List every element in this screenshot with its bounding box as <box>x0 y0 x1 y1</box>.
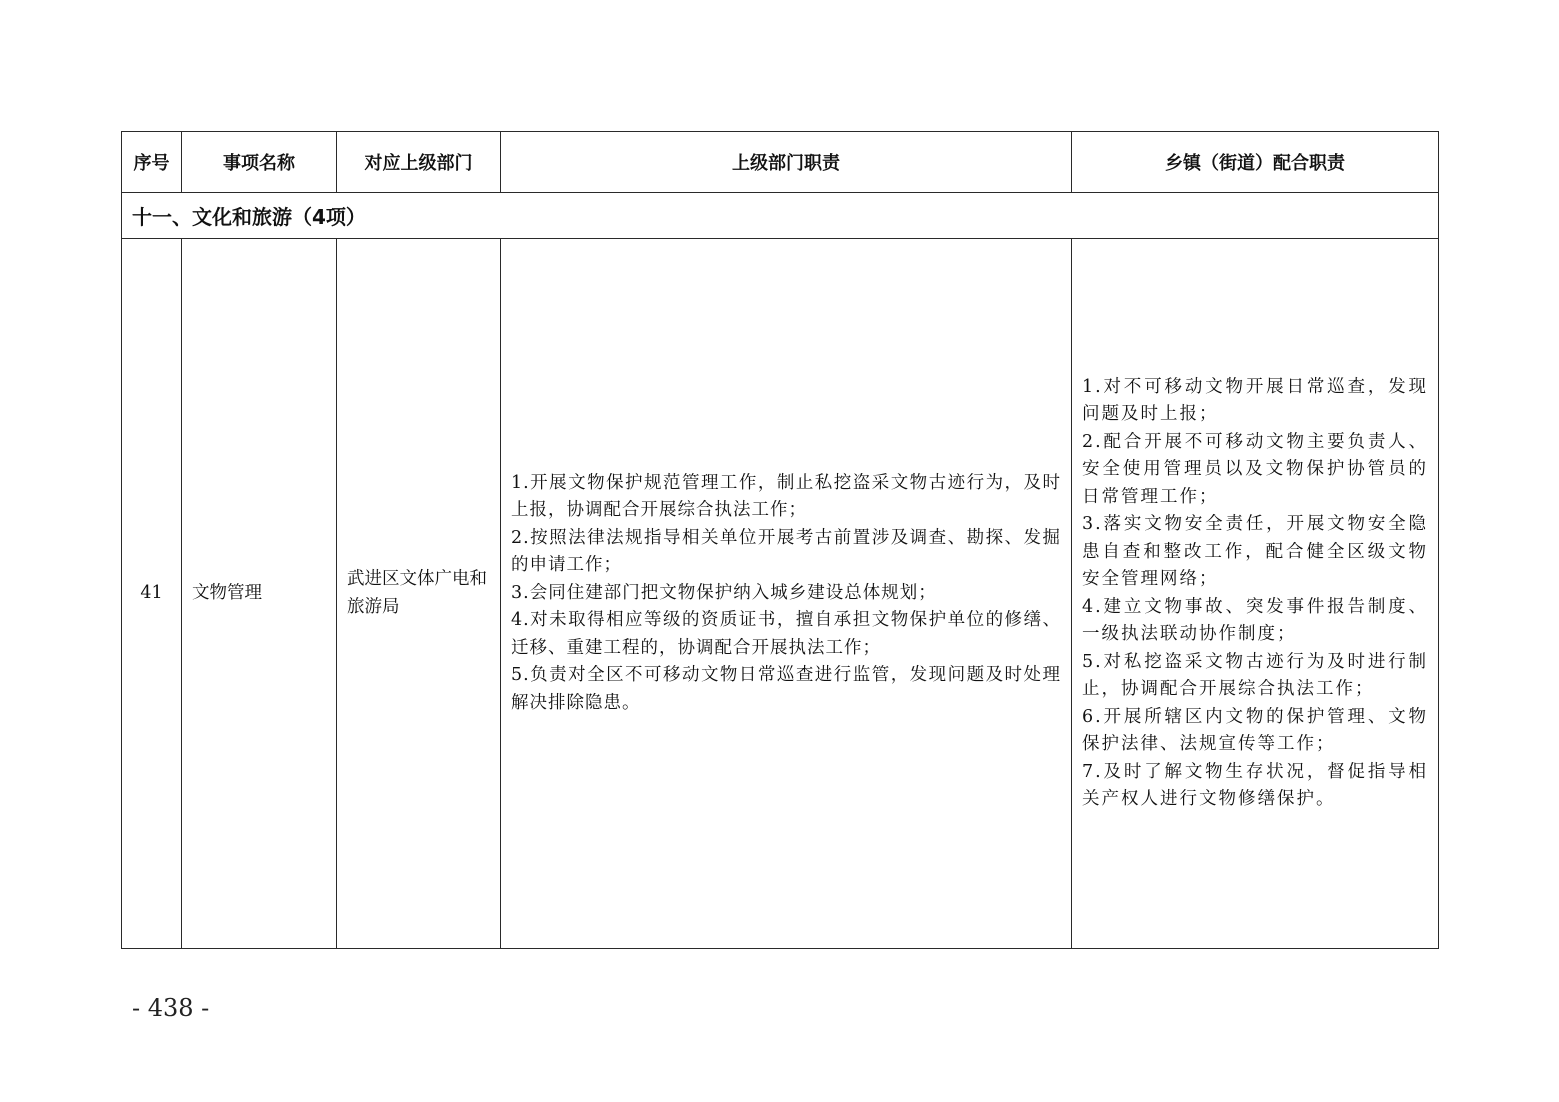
township-duty-item: 5.对私挖盗采文物古迹行为及时进行制止，协调配合开展综合执法工作； <box>1082 649 1428 704</box>
row-department: 武进区文体广电和旅游局 <box>337 239 501 949</box>
township-duty-item: 7.及时了解文物生存状况，督促指导相关产权人进行文物修缮保护。 <box>1082 759 1428 814</box>
section-title: 十一、文化和旅游（4项） <box>122 193 1439 239</box>
superior-duty-item: 5.负责对全区不可移动文物日常巡查进行监管，发现问题及时处理解决排除隐患。 <box>511 662 1061 717</box>
header-serial-number: 序号 <box>122 132 182 193</box>
township-duty-item: 1.对不可移动文物开展日常巡查，发现问题及时上报； <box>1082 374 1428 429</box>
township-duty-item: 2.配合开展不可移动文物主要负责人、安全使用管理员以及文物保护协管员的日常管理工… <box>1082 429 1428 512</box>
township-duty-item: 6.开展所辖区内文物的保护管理、文物保护法律、法规宣传等工作； <box>1082 704 1428 759</box>
header-superior-department: 对应上级部门 <box>337 132 501 193</box>
row-item-name: 文物管理 <box>182 239 337 949</box>
section-row: 十一、文化和旅游（4项） <box>122 193 1439 239</box>
superior-duty-item: 2.按照法律法规指导相关单位开展考古前置涉及调查、勘探、发掘的申请工作； <box>511 525 1061 580</box>
header-township-duties: 乡镇（街道）配合职责 <box>1072 132 1439 193</box>
superior-duty-item: 1.开展文物保护规范管理工作，制止私挖盗采文物古迹行为，及时上报，协调配合开展综… <box>511 470 1061 525</box>
table-row: 41 文物管理 武进区文体广电和旅游局 1.开展文物保护规范管理工作，制止私挖盗… <box>122 239 1439 949</box>
township-duty-item: 4.建立文物事故、突发事件报告制度、一级执法联动协作制度； <box>1082 594 1428 649</box>
row-superior-duties: 1.开展文物保护规范管理工作，制止私挖盗采文物古迹行为，及时上报，协调配合开展综… <box>501 239 1072 949</box>
table-header-row: 序号 事项名称 对应上级部门 上级部门职责 乡镇（街道）配合职责 <box>122 132 1439 193</box>
header-item-name: 事项名称 <box>182 132 337 193</box>
header-superior-duties: 上级部门职责 <box>501 132 1072 193</box>
superior-duty-item: 4.对未取得相应等级的资质证书，擅自承担文物保护单位的修缮、迁移、重建工程的，协… <box>511 607 1061 662</box>
duties-table: 序号 事项名称 对应上级部门 上级部门职责 乡镇（街道）配合职责 十一、文化和旅… <box>121 131 1439 949</box>
township-duty-item: 3.落实文物安全责任，开展文物安全隐患自查和整改工作，配合健全区级文物安全管理网… <box>1082 511 1428 594</box>
row-number: 41 <box>122 239 182 949</box>
row-township-duties: 1.对不可移动文物开展日常巡查，发现问题及时上报； 2.配合开展不可移动文物主要… <box>1072 239 1439 949</box>
page-number: - 438 - <box>132 994 209 1022</box>
superior-duty-item: 3.会同住建部门把文物保护纳入城乡建设总体规划； <box>511 580 1061 608</box>
